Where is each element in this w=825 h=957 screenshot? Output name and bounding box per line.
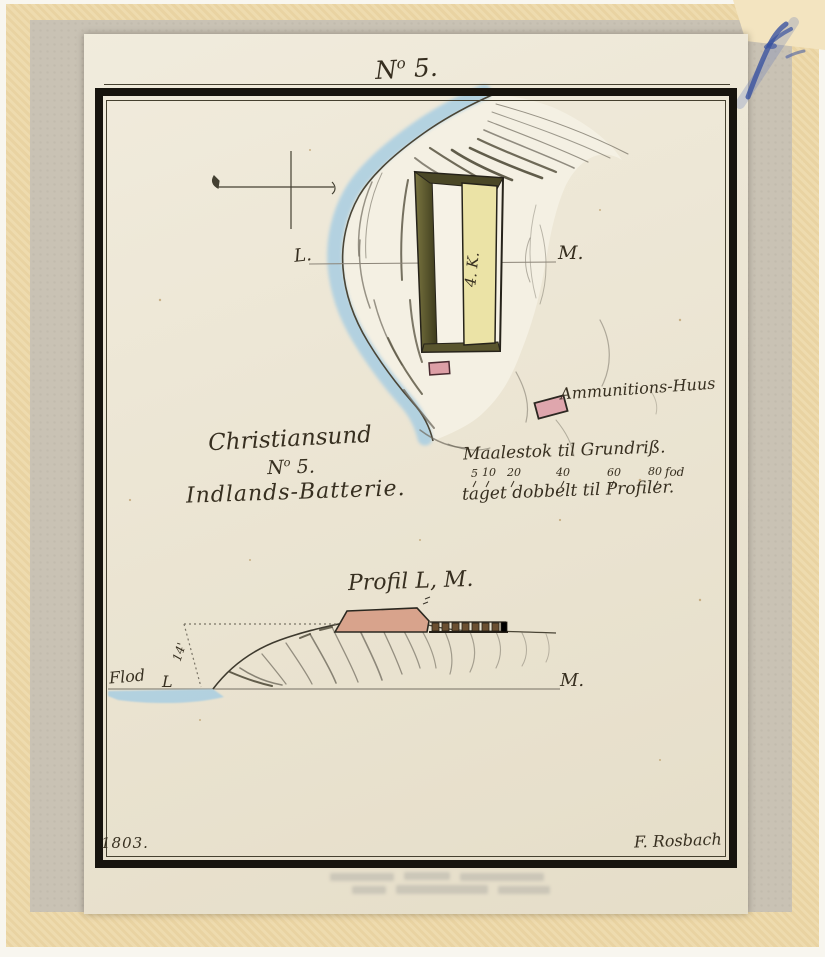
map-scan-canvas: No 5. L. M. 4. K. Ammunitions-Huus Chris… bbox=[0, 0, 825, 957]
plan-label-M: M. bbox=[558, 244, 584, 263]
frame-top-thin-line bbox=[104, 84, 730, 85]
battery-gun-count-label: 4. K. bbox=[463, 251, 482, 287]
plan-label-L: L. bbox=[293, 246, 312, 266]
profile-label-L: L bbox=[162, 674, 173, 690]
year-label: 1803. bbox=[101, 836, 149, 851]
signature: F. Rosbach bbox=[634, 831, 722, 850]
scale-unit: fod bbox=[665, 466, 684, 478]
profile-label-M: M. bbox=[560, 672, 584, 690]
map-caption: Christiansund No 5. Indlands-Batterie. bbox=[184, 424, 399, 508]
blue-ink-mark bbox=[740, 22, 804, 104]
profile-title: Profil L, M. bbox=[348, 569, 474, 595]
profile-label-flod: Flod bbox=[108, 667, 145, 686]
page-title: No 5. bbox=[374, 54, 438, 83]
